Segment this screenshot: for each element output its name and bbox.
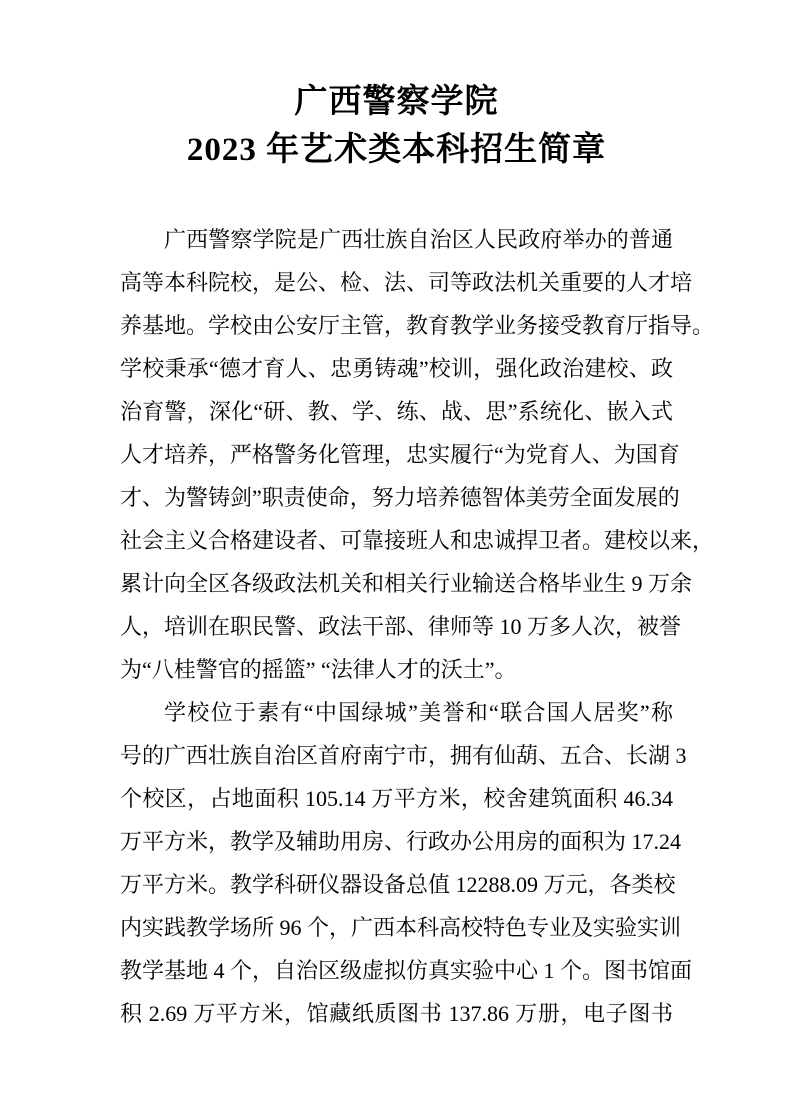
text-line: 学校位于素有“中国绿城”美誉和“联合国人居奖”称 bbox=[120, 691, 673, 734]
text-line: 才、为警铸剑”职责使命，努力培养德智体美劳全面发展的 bbox=[120, 476, 673, 519]
text-line: 教学基地 4 个，自治区级虚拟仿真实验中心 1 个。图书馆面 bbox=[120, 949, 673, 992]
text-line: 积 2.69 万平方米，馆藏纸质图书 137.86 万册，电子图书 bbox=[120, 992, 673, 1035]
text-line: 高等本科院校，是公、检、法、司等政法机关重要的人才培 bbox=[120, 261, 673, 304]
text-line: 人才培养，严格警务化管理，忠实履行“为党育人、为国育 bbox=[120, 433, 673, 476]
text-line: 为“八桂警官的摇篮” “法律人才的沃土”。 bbox=[120, 648, 673, 691]
text-line: 内实践教学场所 96 个，广西本科高校特色专业及实验实训 bbox=[120, 906, 673, 949]
paragraph-1: 广西警察学院是广西壮族自治区人民政府举办的普通 高等本科院校，是公、检、法、司等… bbox=[120, 218, 673, 691]
text-line: 广西警察学院是广西壮族自治区人民政府举办的普通 bbox=[120, 218, 673, 261]
text-line: 治育警，深化“研、教、学、练、战、思”系统化、嵌入式 bbox=[120, 390, 673, 433]
text-line: 号的广西壮族自治区首府南宁市，拥有仙葫、五合、长湖 3 bbox=[120, 734, 673, 777]
paragraph-2: 学校位于素有“中国绿城”美誉和“联合国人居奖”称 号的广西壮族自治区首府南宁市，… bbox=[120, 691, 673, 1035]
document-page: 广西警察学院 2023 年艺术类本科招生简章 广西警察学院是广西壮族自治区人民政… bbox=[0, 0, 794, 1108]
text-line: 个校区，占地面积 105.14 万平方米，校舍建筑面积 46.34 bbox=[120, 777, 673, 820]
title-line-1: 广西警察学院 bbox=[120, 78, 673, 126]
text-line: 社会主义合格建设者、可靠接班人和忠诚捍卫者。建校以来， bbox=[120, 519, 673, 562]
text-line: 养基地。学校由公安厅主管，教育教学业务接受教育厅指导。 bbox=[120, 304, 673, 347]
text-line: 累计向全区各级政法机关和相关行业输送合格毕业生 9 万余 bbox=[120, 562, 673, 605]
title-line-2: 2023 年艺术类本科招生简章 bbox=[120, 126, 673, 174]
text-line: 万平方米，教学及辅助用房、行政办公用房的面积为 17.24 bbox=[120, 820, 673, 863]
document-body: 广西警察学院是广西壮族自治区人民政府举办的普通 高等本科院校，是公、检、法、司等… bbox=[120, 218, 673, 1035]
document-title: 广西警察学院 2023 年艺术类本科招生简章 bbox=[120, 78, 673, 174]
text-line: 人，培训在职民警、政法干部、律师等 10 万多人次，被誉 bbox=[120, 605, 673, 648]
text-line: 万平方米。教学科研仪器设备总值 12288.09 万元，各类校 bbox=[120, 863, 673, 906]
text-line: 学校秉承“德才育人、忠勇铸魂”校训，强化政治建校、政 bbox=[120, 347, 673, 390]
